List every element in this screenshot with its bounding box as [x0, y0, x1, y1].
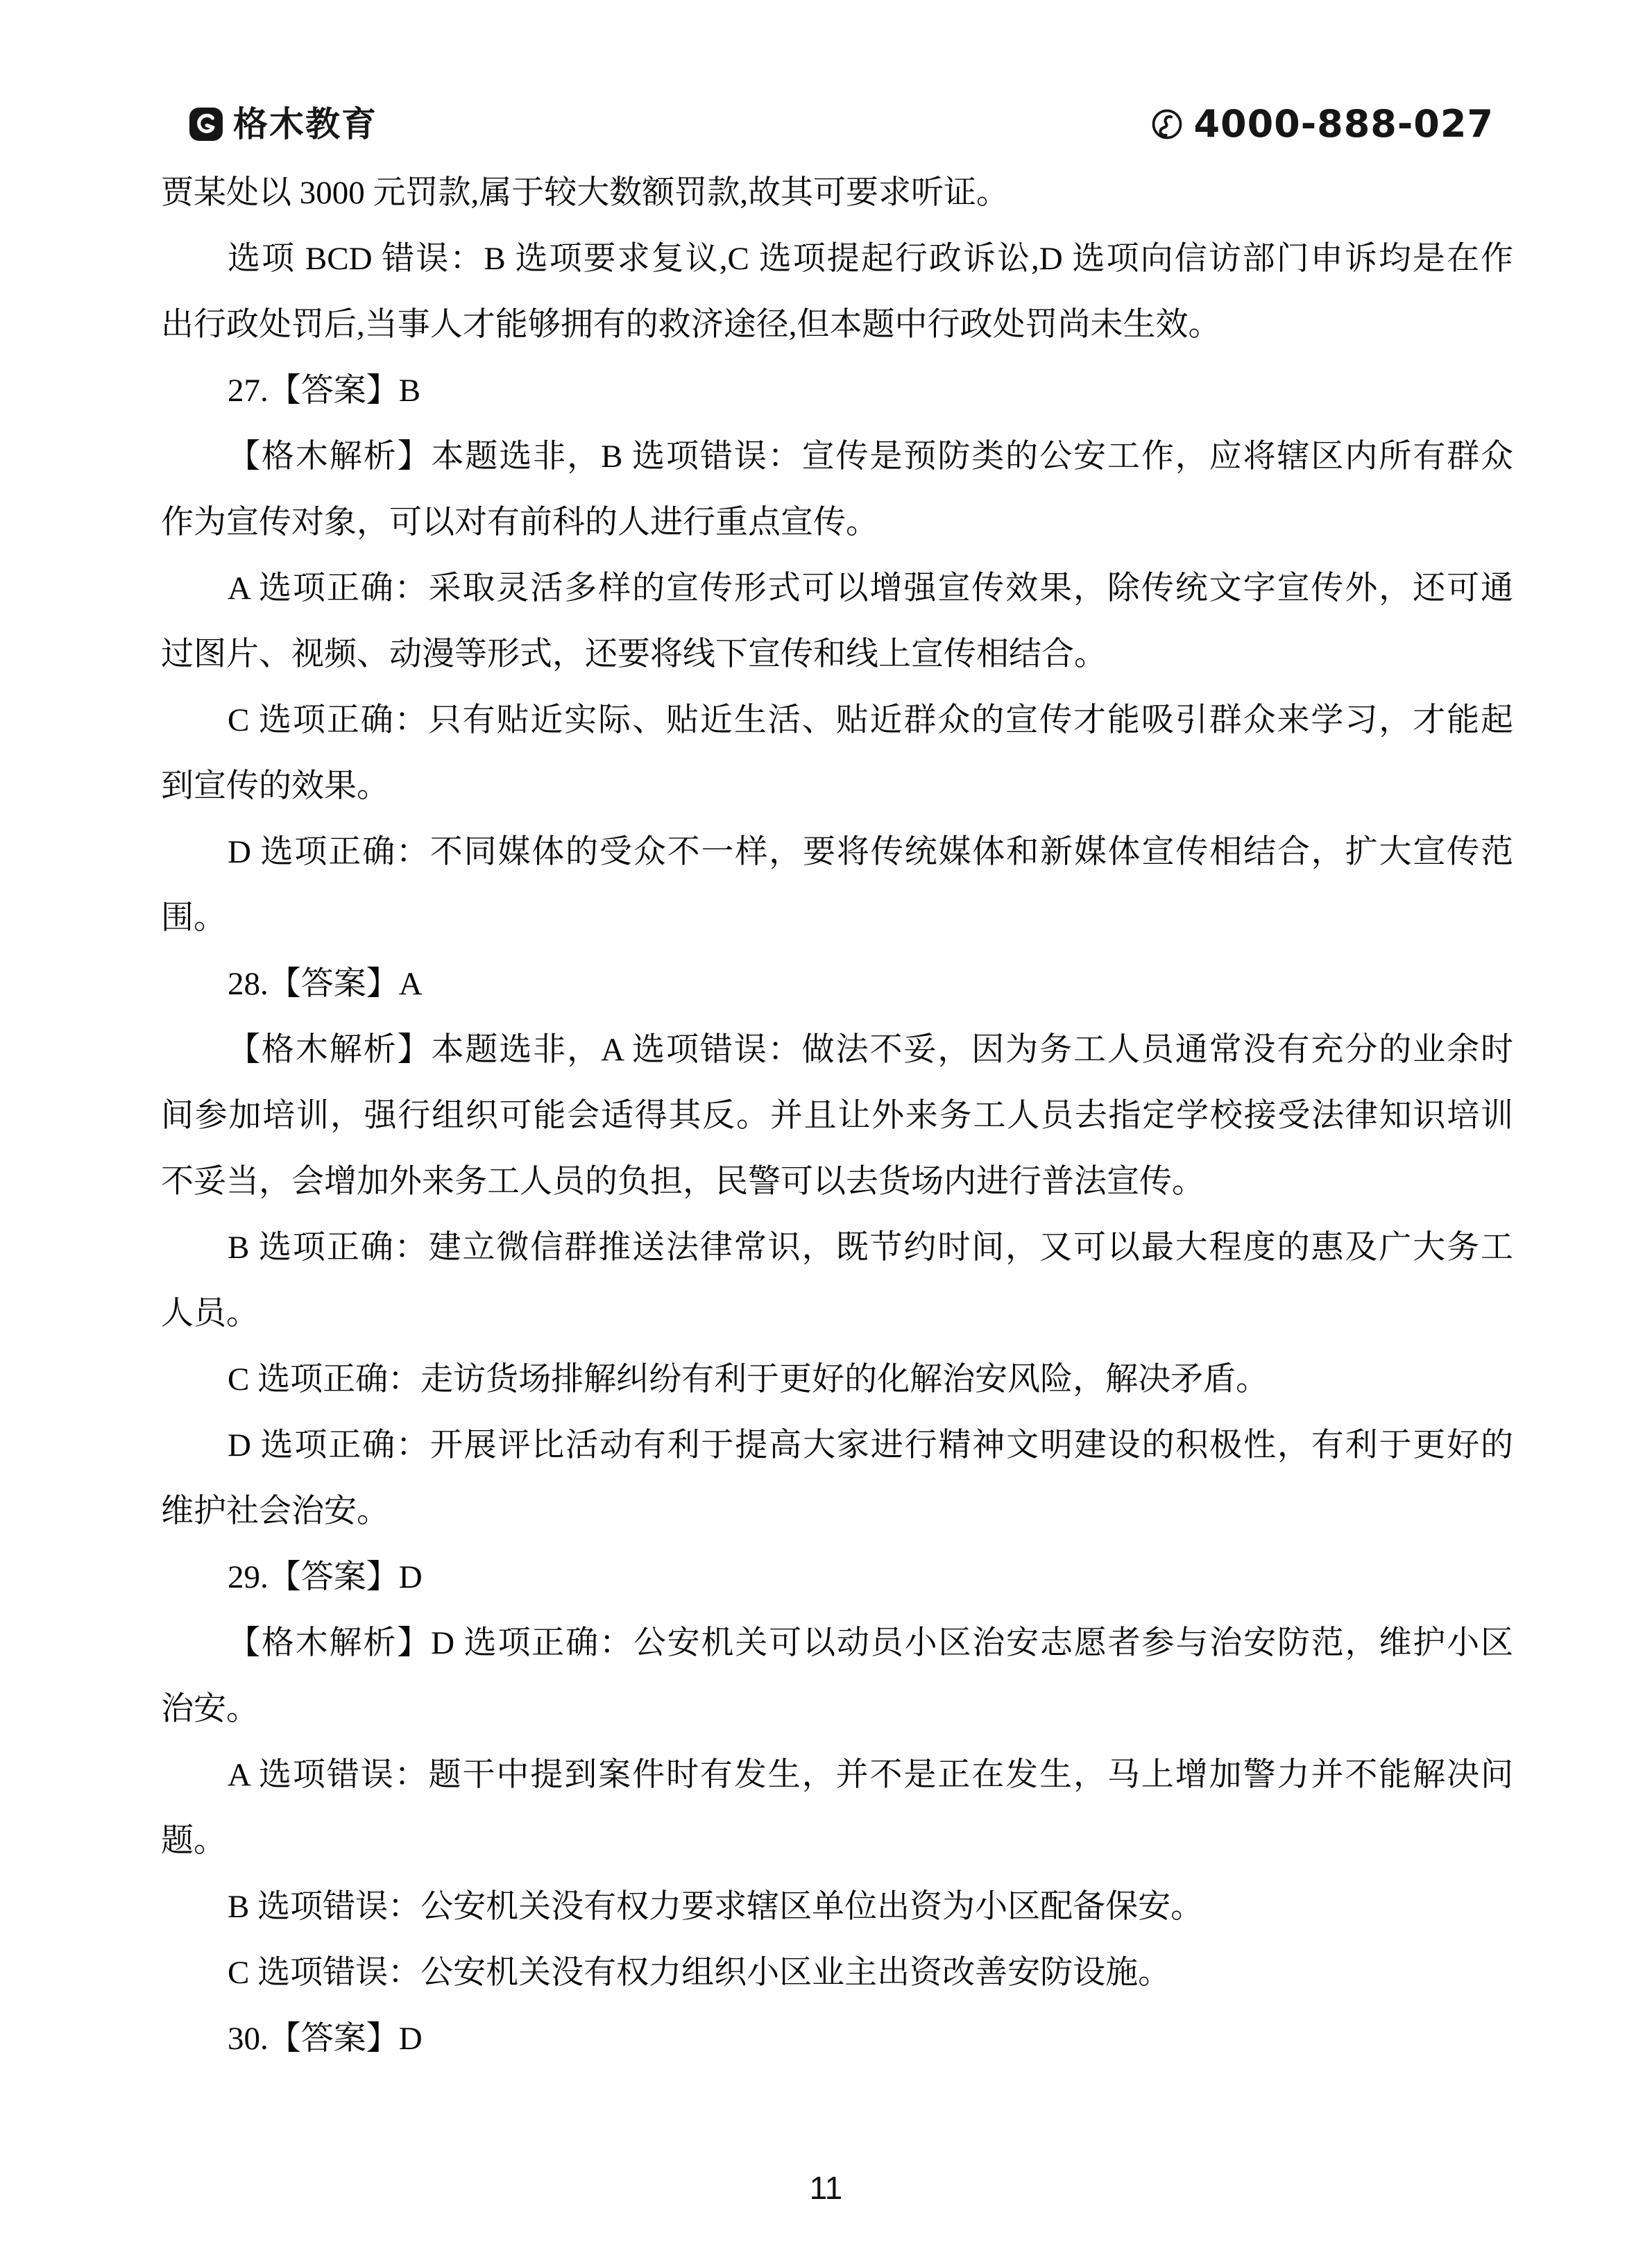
- text-line: 28.【答案】A: [161, 951, 1513, 1017]
- phone-icon: [1150, 108, 1184, 141]
- text-line: 到宣传的效果。: [161, 754, 1513, 819]
- page-footer: 11: [0, 2169, 1652, 2207]
- phone-number: 4000-888-027: [1193, 105, 1494, 143]
- text-line: 出行政处罚后,当事人才能够拥有的救济途径,但本题中行政处罚尚未生效。: [161, 292, 1513, 358]
- text-line: C 选项正确：只有贴近实际、贴近生活、贴近群众的宣传才能吸引群众来学习，才能起: [161, 688, 1513, 754]
- text-line: 题。: [161, 1808, 1513, 1874]
- text-line: 30.【答案】D: [161, 2006, 1513, 2072]
- text-line: B 选项错误：公安机关没有权力要求辖区单位出资为小区配备保安。: [161, 1874, 1513, 1940]
- text-line: 间参加培训，强行组织可能会适得其反。并且让外来务工人员去指定学校接受法律知识培训: [161, 1083, 1513, 1149]
- text-line: 过图片、视频、动漫等形式，还要将线下宣传和线上宣传相结合。: [161, 622, 1513, 688]
- text-line: 【格木解析】本题选非，A 选项错误：做法不妥，因为务工人员通常没有充分的业余时: [161, 1017, 1513, 1083]
- text-line: D 选项正确：不同媒体的受众不一样，要将传统媒体和新媒体宣传相结合，扩大宣传范: [161, 819, 1513, 885]
- text-line: B 选项正确：建立微信群推送法律常识，既节约时间，又可以最大程度的惠及广大务工: [161, 1215, 1513, 1281]
- page-header: 格木教育 4000-888-027: [189, 104, 1494, 144]
- document-page: 格木教育 4000-888-027 贾某处以 3000 元罚款,属于较大数额罚款…: [0, 0, 1652, 2242]
- text-line: C 选项正确：走访货场排解纠纷有利于更好的化解治安风险，解决矛盾。: [161, 1347, 1513, 1413]
- text-line: 治安。: [161, 1676, 1513, 1742]
- text-line: 人员。: [161, 1281, 1513, 1347]
- text-line: 29.【答案】D: [161, 1545, 1513, 1611]
- text-line: D 选项正确：开展评比活动有利于提高大家进行精神文明建设的积极性，有利于更好的: [161, 1413, 1513, 1479]
- text-line: 围。: [161, 885, 1513, 951]
- text-line: A 选项正确：采取灵活多样的宣传形式可以增强宣传效果，除传统文字宣传外，还可通: [161, 556, 1513, 622]
- text-line: 【格木解析】D 选项正确：公安机关可以动员小区治安志愿者参与治安防范，维护小区: [161, 1611, 1513, 1676]
- text-line: 不妥当，会增加外来务工人员的负担，民警可以去货场内进行普法宣传。: [161, 1149, 1513, 1215]
- text-line: C 选项错误：公安机关没有权力组织小区业主出资改善安防设施。: [161, 1940, 1513, 2006]
- brand: 格木教育: [189, 107, 377, 142]
- brand-name: 格木教育: [233, 107, 377, 142]
- document-body: 贾某处以 3000 元罚款,属于较大数额罚款,故其可要求听证。选项 BCD 错误…: [161, 160, 1513, 2072]
- text-line: 贾某处以 3000 元罚款,属于较大数额罚款,故其可要求听证。: [161, 160, 1513, 226]
- text-line: 作为宣传对象，可以对有前科的人进行重点宣传。: [161, 490, 1513, 556]
- text-line: 维护社会治安。: [161, 1479, 1513, 1545]
- text-line: 选项 BCD 错误：B 选项要求复议,C 选项提起行政诉讼,D 选项向信访部门申…: [161, 226, 1513, 292]
- page-number: 11: [810, 2170, 843, 2206]
- contact-phone: 4000-888-027: [1150, 105, 1494, 143]
- text-line: 27.【答案】B: [161, 358, 1513, 424]
- text-line: 【格木解析】本题选非，B 选项错误：宣传是预防类的公安工作，应将辖区内所有群众: [161, 424, 1513, 490]
- gemu-logo-icon: [189, 107, 223, 142]
- text-line: A 选项错误：题干中提到案件时有发生，并不是正在发生，马上增加警力并不能解决问: [161, 1742, 1513, 1808]
